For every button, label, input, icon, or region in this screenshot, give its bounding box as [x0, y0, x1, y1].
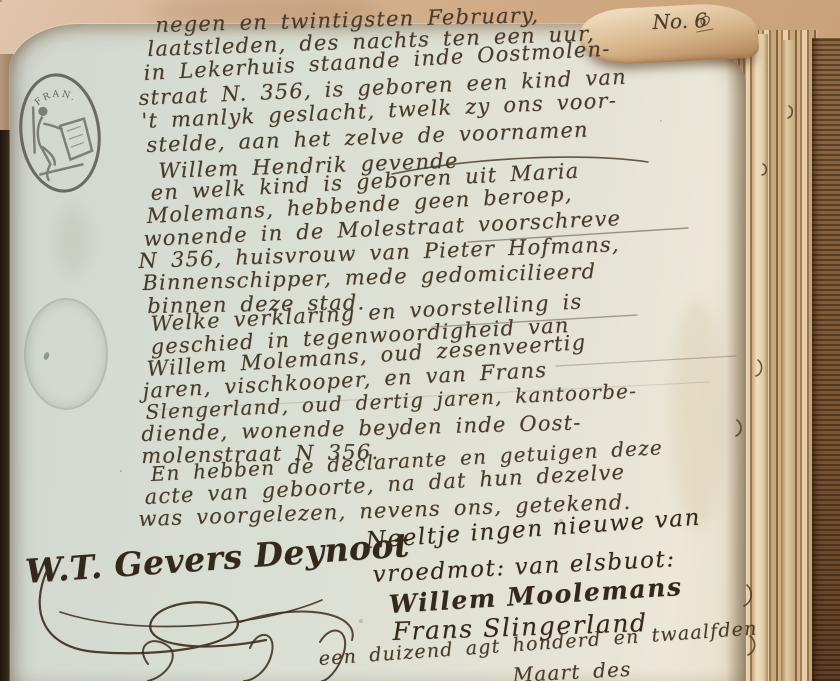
- photo-of-register-page: FRAN. No. 6 negen en twintigsten Februar…: [0, 0, 840, 681]
- paper-stain: [672, 300, 724, 530]
- margin-act-number: No. 6: [652, 8, 707, 34]
- book-fore-edge-cover: [812, 38, 840, 681]
- foxing-specks: [0, 0, 2, 2]
- paper-stain: [56, 206, 90, 276]
- embossed-seal: [24, 298, 108, 410]
- page-edge-light-band: [782, 40, 794, 681]
- official-stamp-icon: FRAN.: [8, 63, 111, 203]
- page-right-shadow: [726, 28, 746, 681]
- page-edge-stack: [738, 30, 818, 681]
- page-edge-light-band: [752, 34, 768, 681]
